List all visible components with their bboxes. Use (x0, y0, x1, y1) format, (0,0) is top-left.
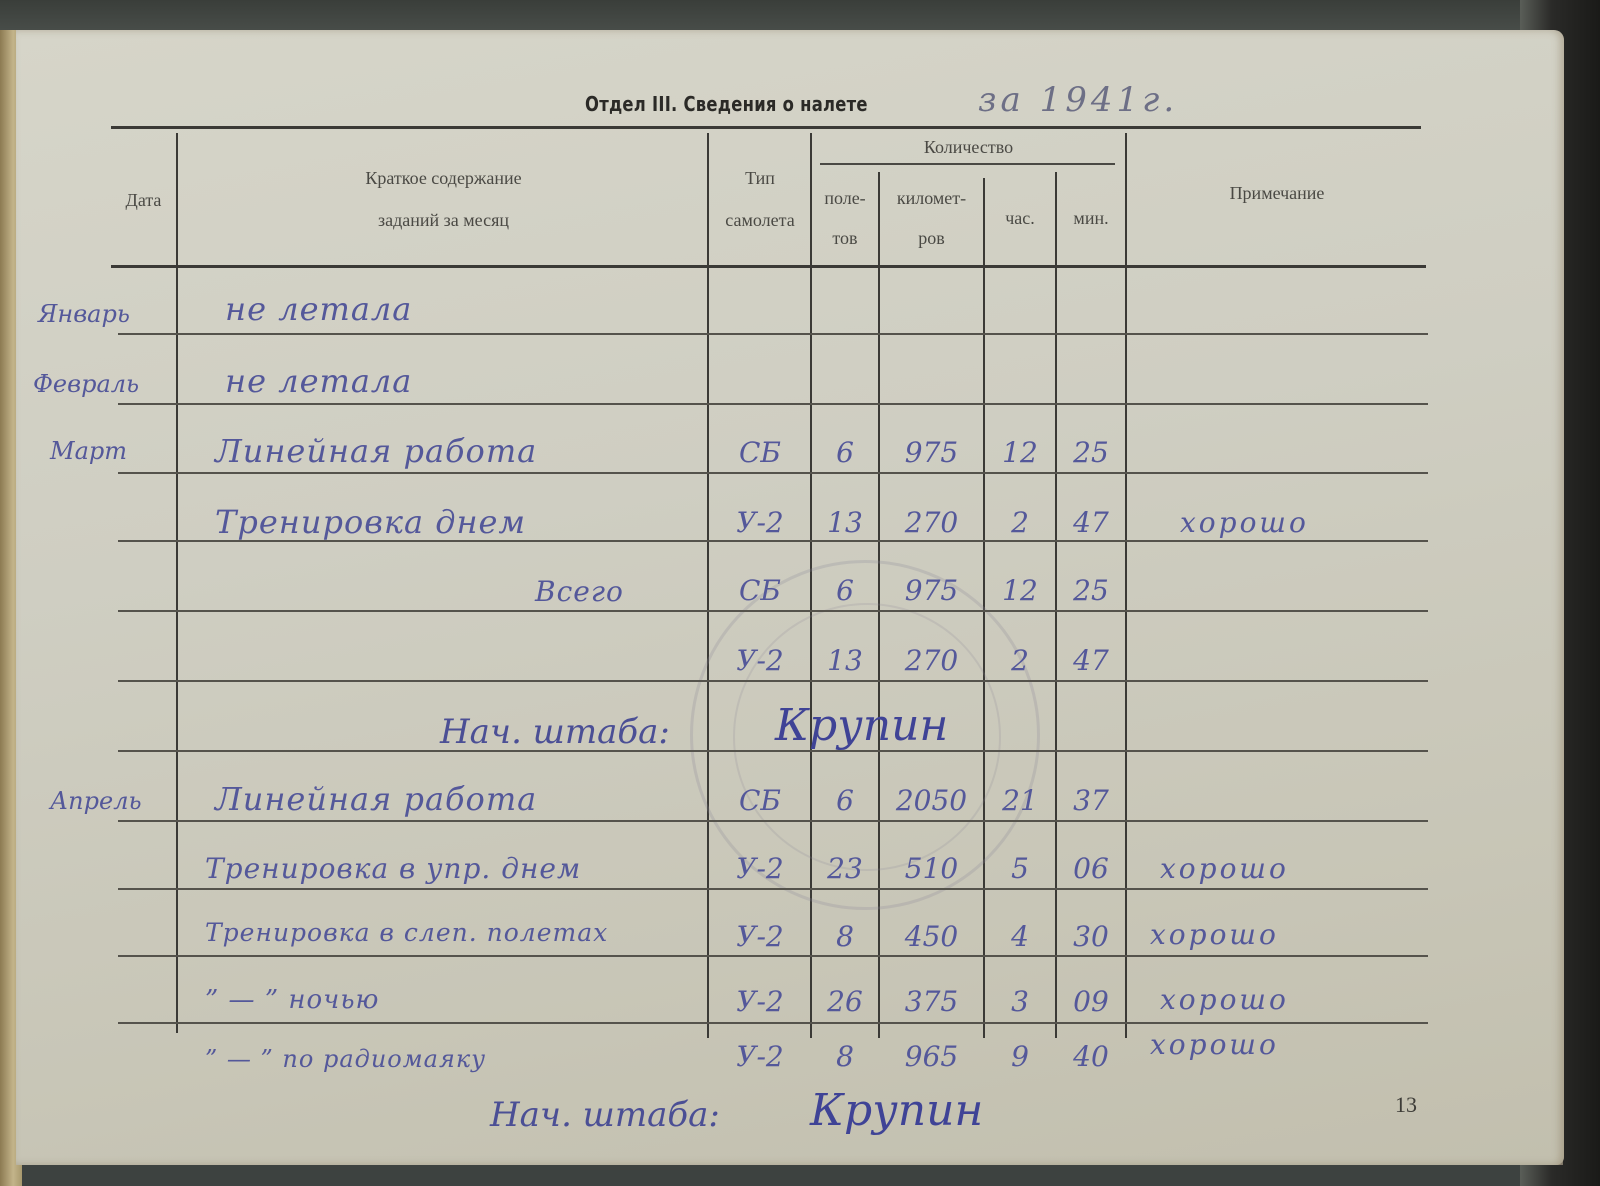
row-aircraft: У-2 (712, 985, 808, 1018)
row-note: хорошо (1150, 918, 1279, 951)
row-aircraft: СБ (712, 436, 808, 469)
quantity-rule (820, 163, 1115, 165)
row-hours: 2 (985, 506, 1055, 539)
row-km: 270 (880, 644, 983, 677)
row-flights: 26 (812, 985, 878, 1018)
row-hours: 21 (985, 784, 1055, 817)
row-hours: 3 (985, 985, 1055, 1018)
row-total-label: Всего (535, 575, 624, 608)
row-task: Линейная работа (215, 432, 537, 470)
header-hours: час. (985, 208, 1055, 230)
row-flights: 6 (812, 436, 878, 469)
row-minutes: 06 (1057, 852, 1125, 885)
row-minutes: 47 (1057, 506, 1125, 539)
page-content: Отдел III. Сведения о налете за 1941г. Д… (0, 0, 1600, 1186)
row-minutes: 09 (1057, 985, 1125, 1018)
row-aircraft: У-2 (712, 920, 808, 953)
row-flights: 6 (812, 574, 878, 607)
row-minutes: 25 (1057, 436, 1125, 469)
row-task: не летала (225, 290, 412, 328)
row-month: Январь (38, 300, 130, 328)
signature-label: Нач. штаба: (440, 712, 670, 752)
row-km: 270 (880, 506, 983, 539)
row-minutes: 40 (1057, 1040, 1125, 1073)
row-hours: 4 (985, 920, 1055, 953)
row-km: 975 (880, 436, 983, 469)
row-task: Тренировка днем (215, 503, 526, 541)
header-task-line2: заданий за месяц (180, 210, 707, 232)
divider-date (176, 133, 178, 1033)
row-note: хорошо (1150, 1028, 1279, 1061)
row-km: 510 (880, 852, 983, 885)
row-minutes: 25 (1057, 574, 1125, 607)
header-date: Дата (111, 190, 176, 212)
section-title: Отдел III. Сведения о налете (585, 92, 868, 116)
row-km: 965 (880, 1040, 983, 1073)
row-flights: 13 (812, 506, 878, 539)
row-flights: 13 (812, 644, 878, 677)
row-note: хорошо (1160, 983, 1289, 1016)
row-km: 975 (880, 574, 983, 607)
header-km-line1: километ- (880, 188, 983, 210)
row-minutes: 37 (1057, 784, 1125, 817)
header-note: Примечание (1127, 183, 1427, 205)
row-flights: 8 (812, 920, 878, 953)
header-rule (111, 265, 1426, 268)
row-note: хорошо (1180, 506, 1309, 539)
row-month: Март (50, 437, 127, 465)
row-aircraft: У-2 (712, 1040, 808, 1073)
title-rule (111, 126, 1421, 129)
signature-name: Крупин (810, 1085, 983, 1136)
row-task: не летала (225, 362, 412, 400)
row-task: ” — ” по радиомаяку (205, 1045, 486, 1073)
row-aircraft: У-2 (712, 852, 808, 885)
signature-label: Нач. штаба: (490, 1095, 720, 1135)
row-km: 450 (880, 920, 983, 953)
header-flights-line2: тов (812, 228, 878, 250)
header-km-line2: ров (880, 228, 983, 250)
header-aircraft-line1: Тип (710, 168, 810, 190)
header-task-line1: Краткое содержание (180, 168, 707, 190)
row-note: хорошо (1160, 852, 1289, 885)
row-aircraft: У-2 (712, 506, 808, 539)
row-aircraft: СБ (712, 784, 808, 817)
section-year-handwritten: за 1941г. (978, 80, 1178, 120)
row-task: ” — ” ночью (205, 985, 379, 1015)
row-hours: 12 (985, 574, 1055, 607)
header-aircraft-line2: самолета (710, 210, 810, 232)
divider-minutes (1125, 133, 1127, 1038)
row-minutes: 30 (1057, 920, 1125, 953)
row-hours: 12 (985, 436, 1055, 469)
row-aircraft: У-2 (712, 644, 808, 677)
page-number: 13 (1395, 1092, 1417, 1118)
row-flights: 8 (812, 1040, 878, 1073)
row-task: Тренировка в упр. днем (205, 852, 581, 885)
row-month: Февраль (33, 370, 139, 398)
header-flights-line1: поле- (812, 188, 878, 210)
divider-km (983, 178, 985, 1038)
row-flights: 6 (812, 784, 878, 817)
row-task: Линейная работа (215, 780, 537, 818)
row-hours: 2 (985, 644, 1055, 677)
header-minutes: мин. (1057, 208, 1125, 230)
row-task: Тренировка в слеп. полетах (205, 918, 608, 947)
row-flights: 23 (812, 852, 878, 885)
row-km: 375 (880, 985, 983, 1018)
row-hours: 9 (985, 1040, 1055, 1073)
row-aircraft: СБ (712, 574, 808, 607)
row-month: Апрель (50, 787, 142, 815)
divider-task (707, 133, 709, 1038)
row-minutes: 47 (1057, 644, 1125, 677)
row-km: 2050 (880, 784, 983, 817)
header-quantity: Количество (812, 137, 1125, 159)
signature-name: Крупин (775, 700, 948, 751)
row-hours: 5 (985, 852, 1055, 885)
